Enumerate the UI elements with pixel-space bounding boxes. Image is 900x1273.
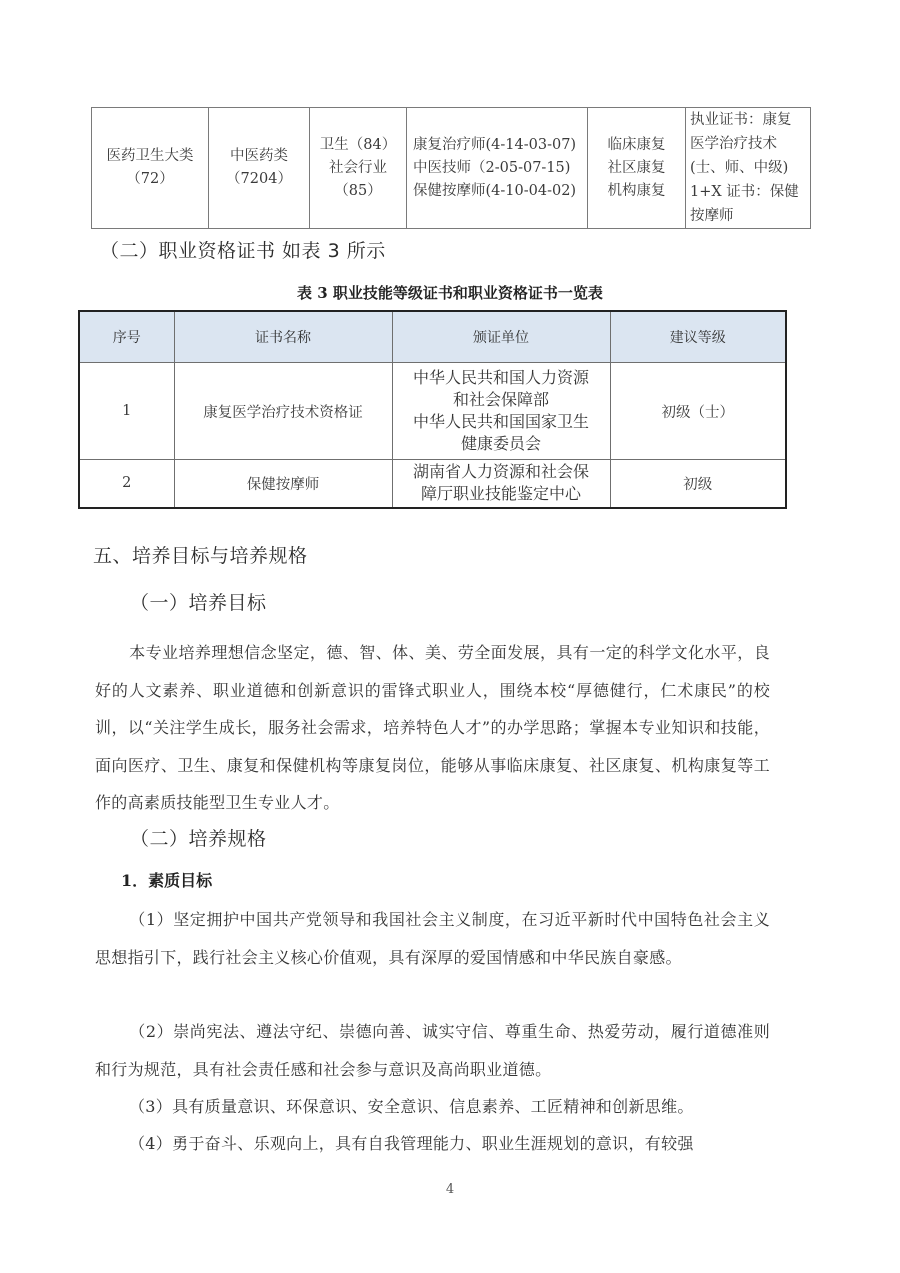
- industry-cell: 卫生（84） 社会行业 （85）: [310, 108, 407, 229]
- row-authority: 湖南省人力资源和社会保 障厅职业技能鉴定中心: [392, 460, 610, 508]
- cell-line: 中华人民共和国国家卫生: [394, 411, 609, 433]
- item-heading-quality: 1．素质目标: [121, 868, 212, 891]
- cell-line: (士、师、中级): [690, 156, 806, 180]
- certificates-cell: 执业证书：康复 医学治疗技术 (士、师、中级) 1+X 证书：保健 按摩师: [686, 108, 811, 229]
- cell-line: （7204）: [211, 168, 307, 191]
- page-number: 4: [0, 1182, 900, 1197]
- cell-line: 和社会保障部: [394, 389, 609, 411]
- row-cert-name: 康复医学治疗技术资格证: [174, 363, 392, 460]
- section-heading-5: 五、培养目标与培养规格: [93, 541, 308, 568]
- row-no: 2: [79, 460, 174, 508]
- cell-line: 中医技师（2-05-07-15): [413, 157, 585, 180]
- major-category-cell: 医药卫生大类 （72）: [92, 108, 209, 229]
- cell-line: 临床康复: [590, 134, 683, 157]
- certificate-table: 序号 证书名称 颁证单位 建议等级 1 康复医学治疗技术资格证 中华人民共和国人…: [78, 310, 787, 509]
- cell-line: 执业证书：康复: [690, 108, 806, 132]
- table-header-row: 序号 证书名称 颁证单位 建议等级: [79, 311, 786, 363]
- section-heading-certificates: （二）职业资格证书 如表 3 所示: [100, 236, 386, 263]
- major-occupation-table: 医药卫生大类 （72） 中医药类 （7204） 卫生（84） 社会行业 （85）…: [91, 107, 811, 229]
- column-header-level: 建议等级: [610, 311, 786, 363]
- paragraph-text: （1）坚定拥护中国共产党领导和我国社会主义制度，在习近平新时代中国特色社会主义思…: [95, 910, 770, 967]
- column-header-authority: 颁证单位: [392, 311, 610, 363]
- cell-line: 按摩师: [690, 204, 806, 228]
- cell-line: （85）: [312, 180, 404, 203]
- positions-cell: 临床康复 社区康复 机构康复: [588, 108, 686, 229]
- row-cert-name: 保健按摩师: [174, 460, 392, 508]
- row-authority: 中华人民共和国人力资源 和社会保障部 中华人民共和国国家卫生 健康委员会: [392, 363, 610, 460]
- cell-line: 社区康复: [590, 157, 683, 180]
- table-row: 1 康复医学治疗技术资格证 中华人民共和国人力资源 和社会保障部 中华人民共和国…: [79, 363, 786, 460]
- cell-line: （72）: [94, 168, 206, 191]
- quality-item-1: （1）坚定拥护中国共产党领导和我国社会主义制度，在习近平新时代中国特色社会主义思…: [95, 901, 770, 976]
- cell-line: 医药卫生大类: [94, 145, 206, 168]
- cell-line: 卫生（84）: [312, 134, 404, 157]
- cell-line: 社会行业: [312, 157, 404, 180]
- cell-line: 湖南省人力资源和社会保: [394, 461, 609, 483]
- row-level: 初级: [610, 460, 786, 508]
- paragraph-text: （3）具有质量意识、环保意识、安全意识、信息素养、工匠精神和创新思维。: [129, 1097, 694, 1116]
- goals-paragraph: 本专业培养理想信念坚定，德、智、体、美、劳全面发展，具有一定的科学文化水平，良好…: [95, 634, 770, 822]
- paragraph-text: 本专业培养理想信念坚定，德、智、体、美、劳全面发展，具有一定的科学文化水平，良好…: [95, 643, 770, 812]
- sub-category-cell: 中医药类 （7204）: [209, 108, 310, 229]
- cell-line: 机构康复: [590, 180, 683, 203]
- paragraph-text: （4）勇于奋斗、乐观向上，具有自我管理能力、职业生涯规划的意识，有较强: [129, 1134, 694, 1153]
- column-header-name: 证书名称: [174, 311, 392, 363]
- quality-item-3: （3）具有质量意识、环保意识、安全意识、信息素养、工匠精神和创新思维。: [95, 1088, 770, 1126]
- cell-line: 中华人民共和国人力资源: [394, 367, 609, 389]
- row-no: 1: [79, 363, 174, 460]
- cell-line: 康复治疗师(4-14-03-07): [413, 134, 585, 157]
- table-row: 2 保健按摩师 湖南省人力资源和社会保 障厅职业技能鉴定中心 初级: [79, 460, 786, 508]
- cell-line: 医学治疗技术: [690, 132, 806, 156]
- subsection-heading-specs: （二）培养规格: [130, 824, 267, 851]
- quality-item-4: （4）勇于奋斗、乐观向上，具有自我管理能力、职业生涯规划的意识，有较强: [95, 1125, 770, 1163]
- cell-line: 1+X 证书：保健: [690, 180, 806, 204]
- paragraph-text: （2）崇尚宪法、遵法守纪、崇德向善、诚实守信、尊重生命、热爱劳动，履行道德准则和…: [95, 1022, 770, 1079]
- cell-line: 保健按摩师(4-10-04-02): [413, 180, 585, 203]
- cell-line: 障厅职业技能鉴定中心: [394, 483, 609, 505]
- table-row: 医药卫生大类 （72） 中医药类 （7204） 卫生（84） 社会行业 （85）…: [92, 108, 811, 229]
- cell-line: 中医药类: [211, 145, 307, 168]
- cell-line: 健康委员会: [394, 433, 609, 455]
- table-caption: 表 3 职业技能等级证书和职业资格证书一览表: [0, 282, 900, 303]
- occupations-cell: 康复治疗师(4-14-03-07) 中医技师（2-05-07-15) 保健按摩师…: [407, 108, 588, 229]
- subsection-heading-goals: （一）培养目标: [130, 588, 267, 615]
- quality-item-2: （2）崇尚宪法、遵法守纪、崇德向善、诚实守信、尊重生命、热爱劳动，履行道德准则和…: [95, 1013, 770, 1088]
- row-level: 初级（士）: [610, 363, 786, 460]
- column-header-no: 序号: [79, 311, 174, 363]
